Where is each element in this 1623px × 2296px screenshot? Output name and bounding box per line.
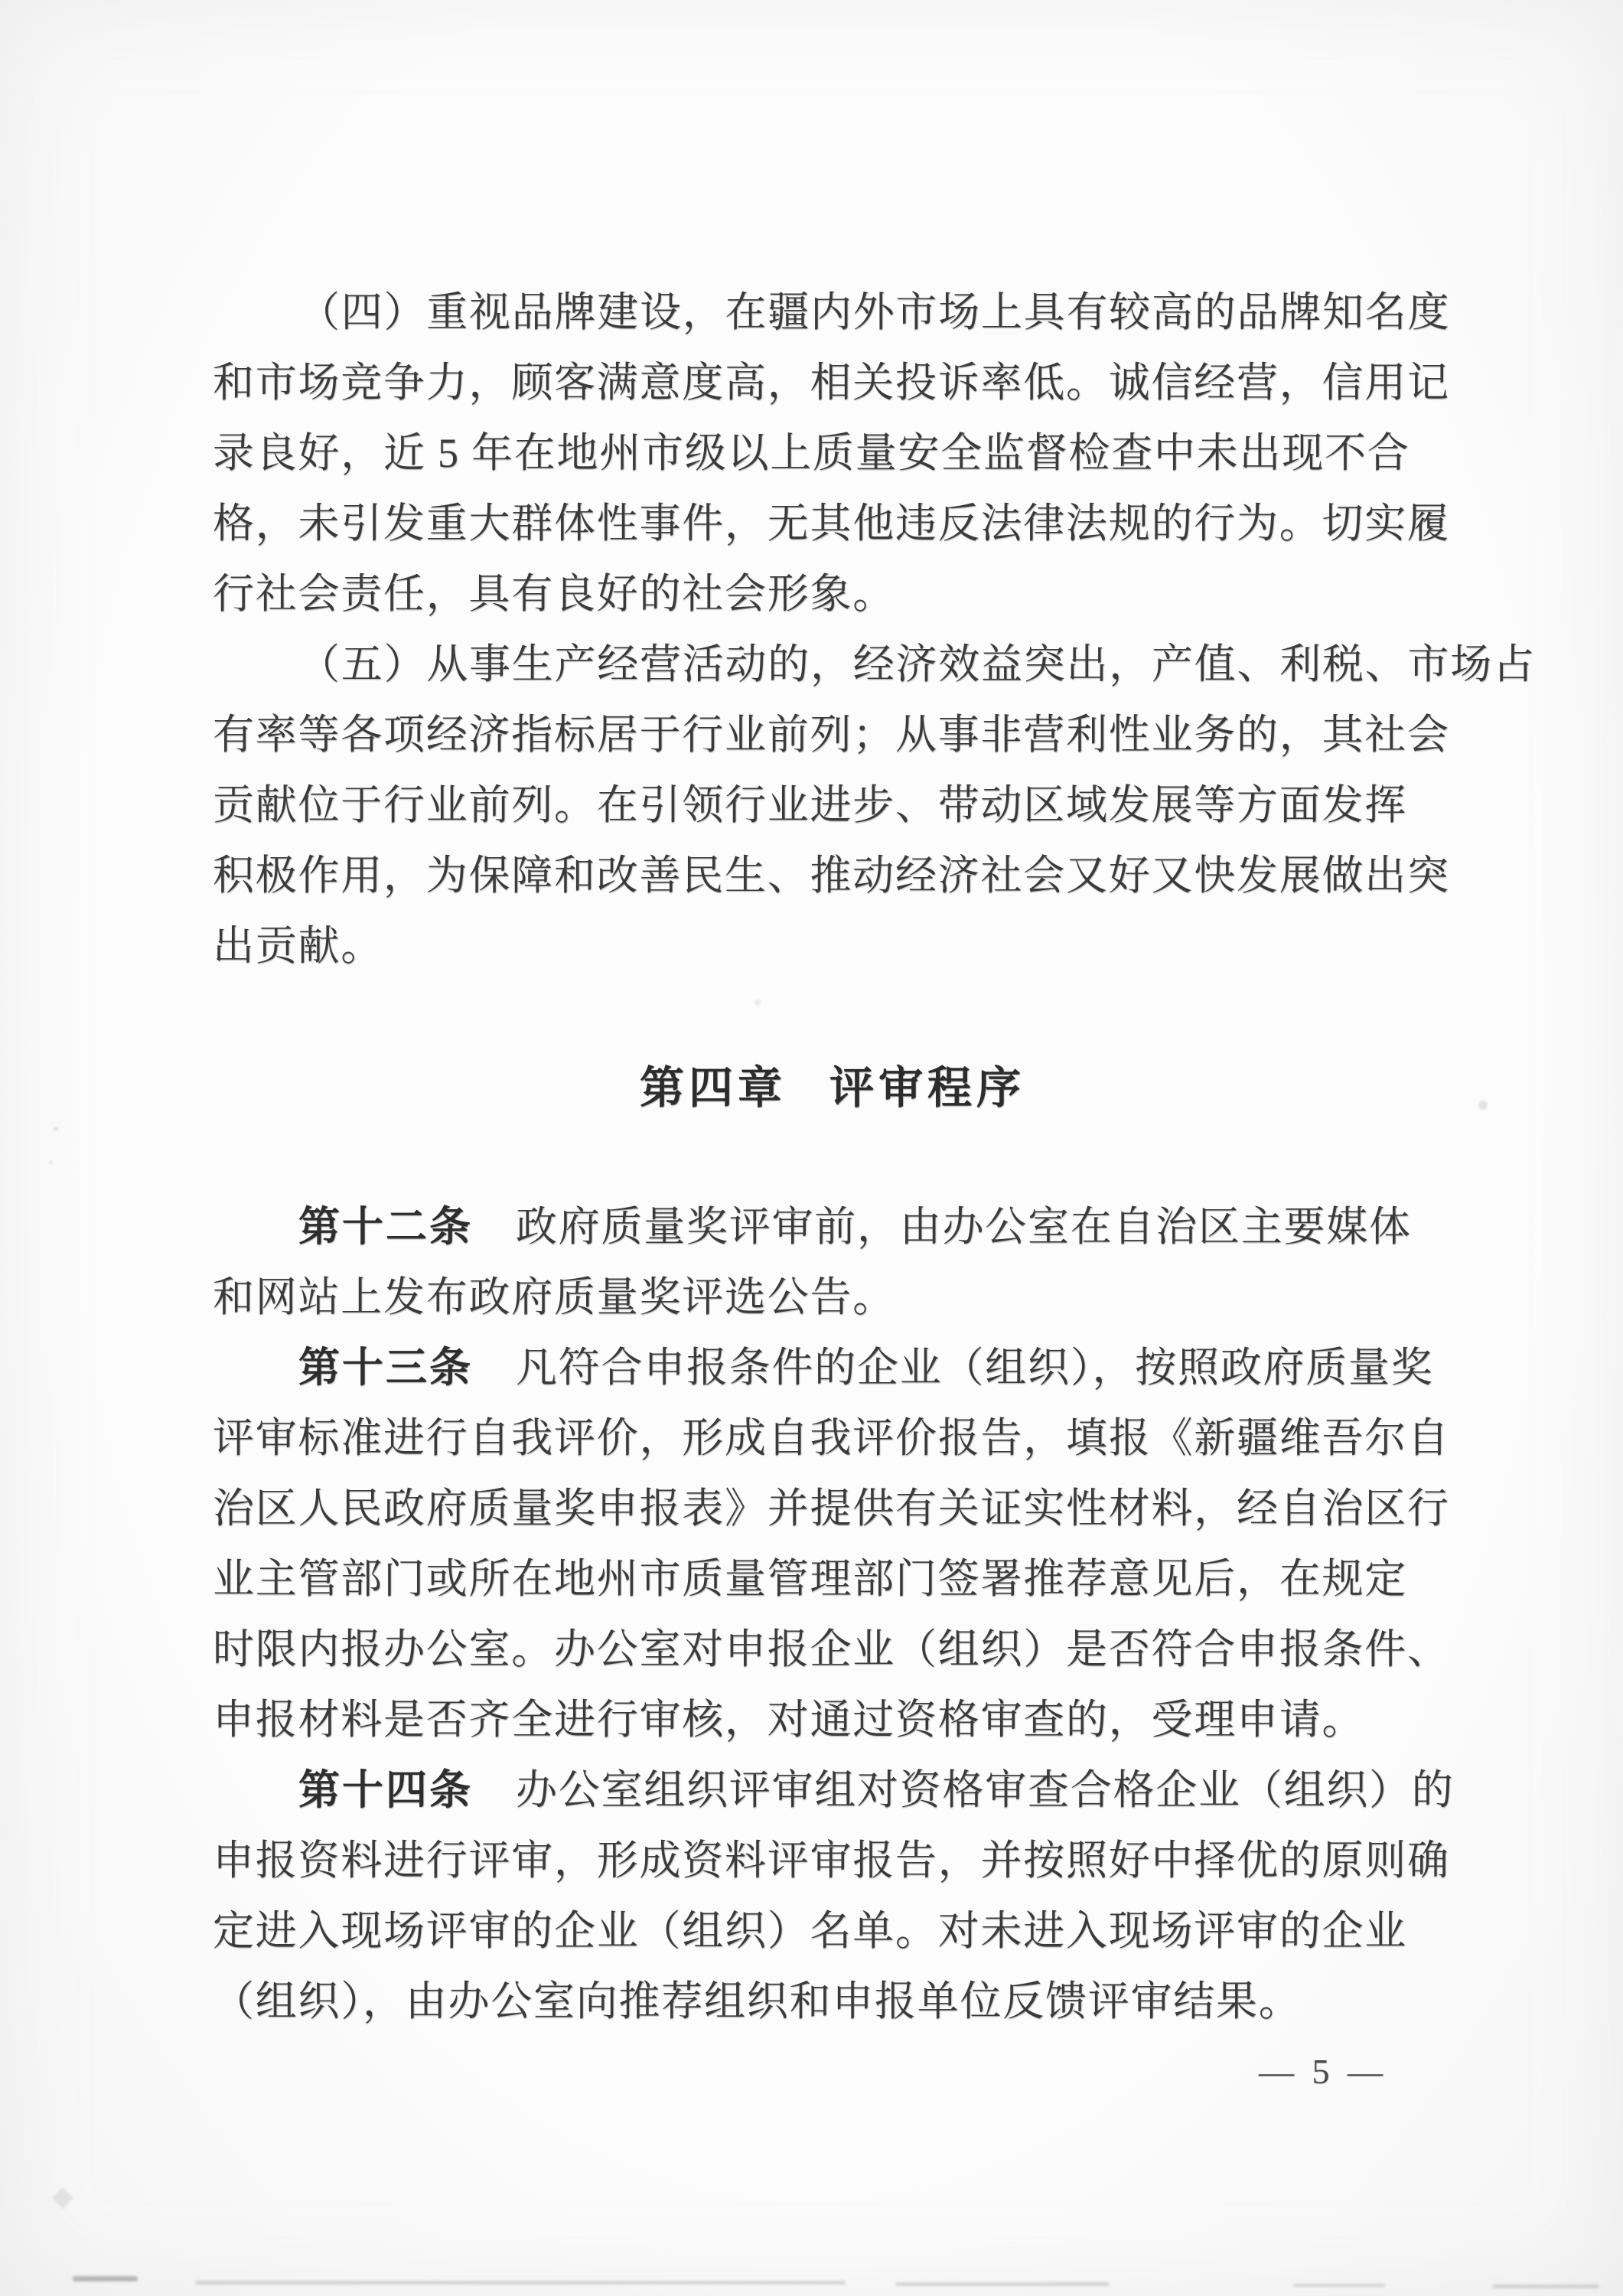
article-14-lead-text: 办公室组织评审组对资格审查合格企业（组织）的 bbox=[516, 1767, 1455, 1813]
text-line: 和网站上发布政府质量奖评选公告。 bbox=[213, 1262, 1452, 1332]
article-13-label: 第十三条 bbox=[298, 1345, 473, 1391]
text-line: 出贡献。 bbox=[213, 911, 1452, 981]
chapter-title: 评审程序 bbox=[829, 1063, 1025, 1113]
article-12-lead-text: 政府质量奖评审前，由办公室在自治区主要媒体 bbox=[516, 1204, 1412, 1250]
text-line: 行社会责任，具有良好的社会形象。 bbox=[213, 559, 1452, 629]
text-line: 申报资料进行评审，形成资料评审报告，并按照好中择优的原则确 bbox=[213, 1825, 1452, 1896]
scan-speck bbox=[54, 1127, 58, 1131]
article-12-label: 第十二条 bbox=[298, 1204, 473, 1250]
text-line: 业主管部门或所在地州市质量管理部门签署推荐意见后，在规定 bbox=[213, 1544, 1452, 1614]
text-line: 贡献位于行业前列。在引领行业进步、带动区域发展等方面发挥 bbox=[213, 770, 1452, 840]
scan-speck bbox=[1478, 1101, 1488, 1110]
article-13-lead-text: 凡符合申报条件的企业（组织），按照政府质量奖 bbox=[516, 1345, 1434, 1391]
scan-smudge bbox=[73, 2276, 138, 2281]
article-13-lead-line: 第十三条凡符合申报条件的企业（组织），按照政府质量奖 bbox=[213, 1332, 1452, 1403]
scan-smudge bbox=[1492, 2285, 1599, 2288]
page-number: — 5 — bbox=[213, 2037, 1452, 2107]
article-12-lead-line: 第十二条政府质量奖评审前，由办公室在自治区主要媒体 bbox=[213, 1192, 1452, 1262]
text-line: 治区人民政府质量奖申报表》并提供有关证实性材料，经自治区行 bbox=[213, 1473, 1452, 1544]
chapter-heading: 第四章评审程序 bbox=[213, 1053, 1452, 1124]
text-line: 有率等各项经济指标居于行业前列；从事非营利性业务的，其社会 bbox=[213, 700, 1452, 770]
text-line: （四）重视品牌建设，在疆内外市场上具有较高的品牌知名度 bbox=[213, 277, 1452, 347]
article-14-label: 第十四条 bbox=[298, 1767, 473, 1813]
text-line: 评审标准进行自我评价，形成自我评价报告，填报《新疆维吾尔自 bbox=[213, 1403, 1452, 1473]
text-line: 申报材料是否齐全进行审核，对通过资格审查的，受理申请。 bbox=[213, 1684, 1452, 1755]
scan-smudge bbox=[895, 2282, 1110, 2286]
scan-smudge bbox=[195, 2281, 846, 2285]
text-line: 定进入现场评审的企业（组织）名单。对未进入现场评审的企业 bbox=[213, 1896, 1452, 1966]
article-14-lead-line: 第十四条办公室组织评审组对资格审查合格企业（组织）的 bbox=[213, 1755, 1452, 1825]
text-line: （五）从事生产经营活动的，经济效益突出，产值、利税、市场占 bbox=[213, 629, 1452, 700]
scanned-document-page: （四）重视品牌建设，在疆内外市场上具有较高的品牌知名度 和市场竞争力，顾客满意度… bbox=[0, 0, 1623, 2296]
chapter-number: 第四章 bbox=[640, 1063, 787, 1113]
text-line: 格，未引发重大群体性事件，无其他违反法律法规的行为。切实履 bbox=[213, 488, 1452, 559]
document-text-block: （四）重视品牌建设，在疆内外市场上具有较高的品牌知名度 和市场竞争力，顾客满意度… bbox=[213, 277, 1452, 2107]
scan-speck bbox=[49, 1160, 53, 1164]
text-line: 录良好，近 5 年在地州市级以上质量安全监督检查中未出现不合 bbox=[213, 418, 1452, 488]
text-line: 和市场竞争力，顾客满意度高，相关投诉率低。诚信经营，信用记 bbox=[213, 347, 1452, 418]
scan-smudge bbox=[1293, 2284, 1385, 2287]
scan-speck bbox=[52, 2187, 73, 2209]
text-line: 积极作用，为保障和改善民生、推动经济社会又好又快发展做出突 bbox=[213, 840, 1452, 911]
text-line: 时限内报办公室。办公室对申报企业（组织）是否符合申报条件、 bbox=[213, 1614, 1452, 1684]
text-line: （组织），由办公室向推荐组织和申报单位反馈评审结果。 bbox=[213, 1966, 1452, 2037]
